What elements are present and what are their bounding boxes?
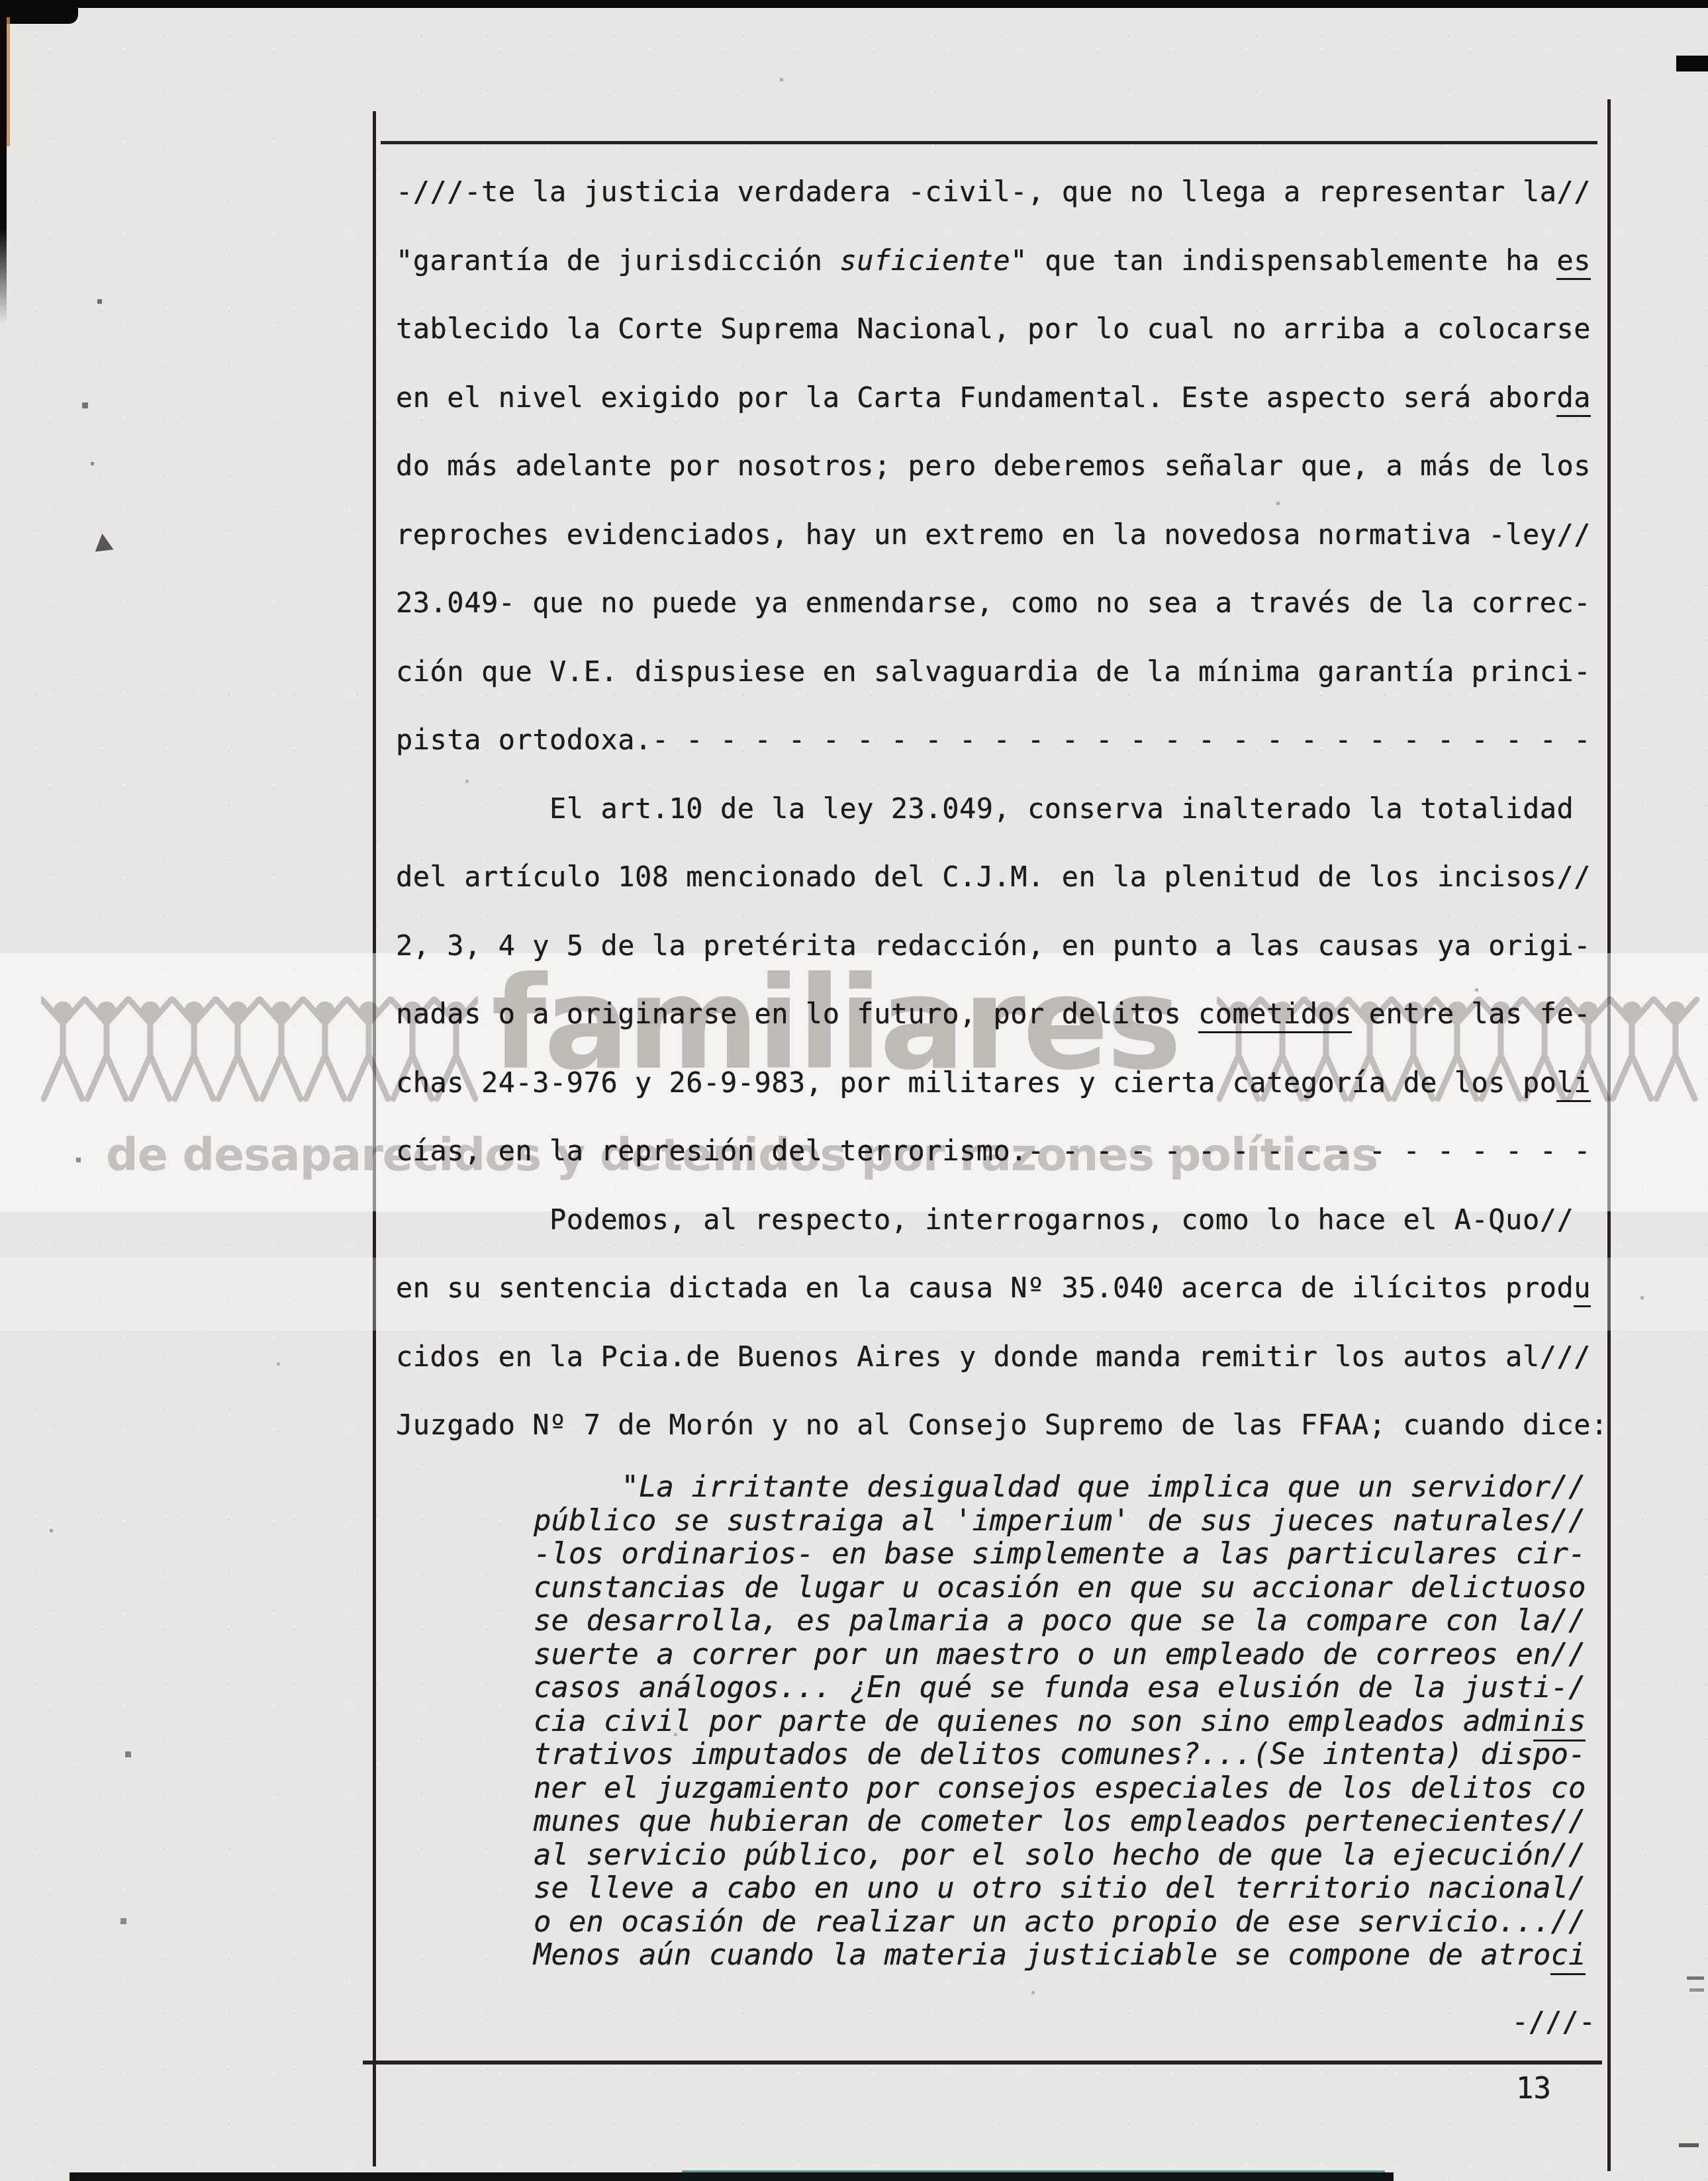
typed-line: reproches evidenciados, hay un extremo e… bbox=[396, 500, 1621, 569]
typed-line: ción que V.E. dispusiese en salvaguardia… bbox=[396, 637, 1621, 706]
quote-line: al servicio público, por el solo hecho d… bbox=[534, 1839, 1633, 1873]
typed-line: El art.10 de la ley 23.049, conserva ina… bbox=[396, 774, 1621, 843]
scan-edge-corner bbox=[0, 0, 78, 24]
quote-line: se desarrolla, es palmaria a poco que se… bbox=[534, 1604, 1633, 1638]
scan-edge-left bbox=[0, 7, 7, 324]
photocopy-speckle bbox=[0, 0, 1, 1]
paper-doll-chain-icon bbox=[41, 994, 478, 1103]
quote-line: cunstancias de lugar u ocasión en que su… bbox=[534, 1571, 1633, 1605]
quote-line: munes que hubieran de cometer los emplea… bbox=[534, 1805, 1633, 1839]
typed-body: -///-te la justicia verdadera -civil-, q… bbox=[396, 158, 1621, 1460]
typed-line: en el nivel exigido por la Carta Fundame… bbox=[396, 363, 1621, 432]
frame-top-line bbox=[381, 141, 1597, 144]
scan-mark-dash bbox=[1689, 1988, 1704, 1992]
quote-line: trativos imputados de delitos comunes?..… bbox=[534, 1738, 1633, 1772]
quote-block: "La irritante desigualdad que implica qu… bbox=[534, 1471, 1633, 1972]
typed-line: Podemos, al respecto, interrogarnos, com… bbox=[396, 1185, 1621, 1254]
typed-line: "garantía de jurisdicción suficiente" qu… bbox=[396, 226, 1621, 295]
scan-mark-dash bbox=[1687, 1976, 1704, 1980]
quote-line: se lleve a cabo en uno u otro sitio del … bbox=[534, 1872, 1633, 1906]
quote-line: cia civil por parte de quienes no son si… bbox=[534, 1705, 1633, 1739]
typed-line: en su sentencia dictada en la causa Nº 3… bbox=[396, 1254, 1621, 1323]
scan-mark-caret bbox=[93, 532, 114, 551]
quote-line: casos análogos... ¿En qué se funda esa e… bbox=[534, 1671, 1633, 1705]
continuation-mark: -///- bbox=[1456, 2006, 1595, 2038]
typed-line: del artículo 108 mencionado del C.J.M. e… bbox=[396, 843, 1621, 911]
paper-doll-chain-icon bbox=[1217, 994, 1708, 1103]
quote-line: Menos aún cuando la materia justiciable … bbox=[534, 1939, 1633, 1972]
typed-line: Juzgado Nº 7 de Morón y no al Consejo Su… bbox=[396, 1391, 1621, 1460]
quote-line: ner el juzgamiento por consejos especial… bbox=[534, 1772, 1633, 1806]
typed-line: 23.049- que no puede ya enmendarse, como… bbox=[396, 569, 1621, 637]
footer-rule bbox=[363, 2061, 1602, 2065]
quote-line: suerte a correr por un maestro o un empl… bbox=[534, 1638, 1633, 1672]
typed-line: -///-te la justicia verdadera -civil-, q… bbox=[396, 158, 1621, 226]
watermark-subtitle: de desaparecidos y detenidos por razones… bbox=[106, 1133, 1378, 1178]
typed-line: do más adelante por nosotros; pero deber… bbox=[396, 432, 1621, 500]
watermark-title: familiares bbox=[491, 961, 1179, 1088]
quote-line: "La irritante desigualdad que implica qu… bbox=[534, 1471, 1633, 1505]
quote-line: público se sustraiga al 'imperium' de su… bbox=[534, 1505, 1633, 1538]
scan-mark-top-right bbox=[1676, 56, 1708, 71]
scanned-page: -///-te la justicia verdadera -civil-, q… bbox=[0, 0, 1708, 2181]
page-number: 13 bbox=[1516, 2072, 1551, 2106]
quote-line: -los ordinarios- en base simplemente a l… bbox=[534, 1538, 1633, 1571]
typed-line: cidos en la Pcia.de Buenos Aires y donde… bbox=[396, 1323, 1621, 1391]
typed-line: tablecido la Corte Suprema Nacional, por… bbox=[396, 295, 1621, 363]
scan-mark-tick bbox=[1679, 2143, 1699, 2147]
quote-line: o en ocasión de realizar un acto propio … bbox=[534, 1906, 1633, 1939]
typed-line: pista ortodoxa.- - - - - - - - - - - - -… bbox=[396, 706, 1621, 774]
scan-edge-top bbox=[0, 0, 1708, 8]
scan-edge-bottom bbox=[70, 2172, 1394, 2181]
